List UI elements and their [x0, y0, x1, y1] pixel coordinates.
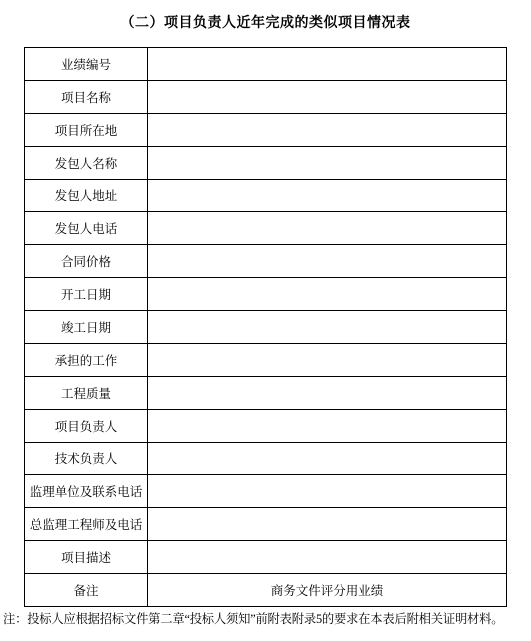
row-label-cell: 发包人名称: [25, 147, 148, 179]
table-row: 业绩编号: [25, 48, 506, 81]
table-row: 备注 商务文件评分用业绩: [25, 574, 506, 606]
row-value-cell: [148, 410, 506, 442]
row-label-cell: 总监理工程师及电话: [25, 508, 148, 540]
row-label-cell: 监理单位及联系电话: [25, 475, 148, 507]
row-label-cell: 项目所在地: [25, 114, 148, 146]
table-row: 项目所在地: [25, 114, 506, 147]
row-label-cell: 承担的工作: [25, 344, 148, 376]
row-value-cell: [148, 278, 506, 310]
row-label-cell: 技术负责人: [25, 443, 148, 475]
row-label-cell: 发包人地址: [25, 180, 148, 212]
row-label-cell: 项目负责人: [25, 410, 148, 442]
table-row: 项目描述: [25, 541, 506, 574]
row-value-cell: [148, 508, 506, 540]
row-label-cell: 业绩编号: [25, 48, 148, 80]
row-label-cell: 工程质量: [25, 377, 148, 409]
row-value-cell: [148, 212, 506, 244]
row-label-cell: 项目描述: [25, 541, 148, 573]
row-value-cell: [148, 48, 506, 80]
table-row: 监理单位及联系电话: [25, 475, 506, 508]
row-value-cell: [148, 377, 506, 409]
row-value-cell: [148, 344, 506, 376]
table-row: 项目负责人: [25, 410, 506, 443]
table-row: 承担的工作: [25, 344, 506, 377]
document-page: （二）项目负责人近年完成的类似项目情况表 业绩编号 项目名称 项目所在地 发包人…: [0, 0, 531, 641]
row-label-cell: 合同价格: [25, 245, 148, 277]
similar-projects-table: 业绩编号 项目名称 项目所在地 发包人名称 发包人地址 发包人电话 合同价格: [24, 47, 507, 607]
row-value-cell: [148, 541, 506, 573]
table-row: 发包人电话: [25, 212, 506, 245]
row-value-cell: [148, 475, 506, 507]
footnote: 注：投标人应根据招标文件第二章“投标人须知”前附表附录5的要求在本表后附相关证明…: [3, 611, 529, 627]
row-label-cell: 竣工日期: [25, 311, 148, 343]
table-row: 竣工日期: [25, 311, 506, 344]
table-row: 开工日期: [25, 278, 506, 311]
table-row: 发包人名称: [25, 147, 506, 180]
row-value-cell: [148, 311, 506, 343]
row-label-cell: 开工日期: [25, 278, 148, 310]
table-row: 发包人地址: [25, 180, 506, 213]
table-row: 总监理工程师及电话: [25, 508, 506, 541]
table-row: 技术负责人: [25, 443, 506, 476]
page-title: （二）项目负责人近年完成的类似项目情况表: [0, 12, 531, 32]
table-row: 合同价格: [25, 245, 506, 278]
row-label-cell: 项目名称: [25, 81, 148, 113]
row-value-cell: [148, 245, 506, 277]
row-label-cell: 发包人电话: [25, 212, 148, 244]
row-value-cell: [148, 180, 506, 212]
table-row: 项目名称: [25, 81, 506, 114]
row-value-cell: 商务文件评分用业绩: [148, 574, 506, 606]
row-value-cell: [148, 81, 506, 113]
row-value-cell: [148, 147, 506, 179]
row-value-cell: [148, 114, 506, 146]
row-label-cell: 备注: [25, 574, 148, 606]
row-value-cell: [148, 443, 506, 475]
table-row: 工程质量: [25, 377, 506, 410]
